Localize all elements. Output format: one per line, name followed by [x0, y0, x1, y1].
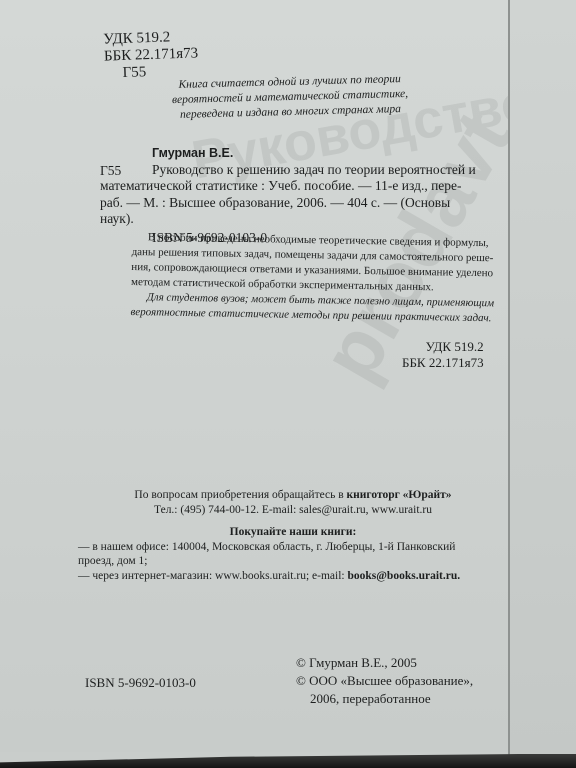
record-author: Гмурман В.Е. [100, 145, 508, 162]
cover-board [510, 0, 576, 768]
record-line: раб. — М. : Высшее образование, 2006. — … [100, 195, 508, 212]
copyright-line: 2006, переработанное [296, 690, 473, 708]
purchase-line: По вопросам приобретения обращайтесь в к… [78, 488, 508, 503]
udk-code: УДК 519.2 [402, 339, 484, 355]
isbn-bottom: ISBN 5-9692-0103-0 [85, 675, 196, 691]
promo-note: Книга считается одной из лучших по теори… [171, 72, 408, 123]
distributor-name: книготорг «Юрайт» [347, 489, 452, 501]
record-author-code: Г55 [100, 163, 121, 180]
bbk-code: ББК 22.171я73 [402, 355, 484, 371]
record-line: математической статистике : Учеб. пособи… [100, 178, 508, 195]
office-line: проезд, дом 1; [78, 554, 508, 569]
copyright-line: © ООО «Высшее образование», [296, 672, 473, 690]
bbk-code: ББК 22.171я73 [104, 45, 199, 65]
publisher-contacts: По вопросам приобретения обращайтесь в к… [78, 488, 508, 583]
copyright-block: © Гмурман В.Е., 2005 © ООО «Высшее образ… [296, 654, 473, 708]
bottom-shadow [0, 754, 576, 768]
classification-bottom: УДК 519.2 ББК 22.171я73 [402, 339, 484, 371]
office-line: — в нашем офисе: 140004, Московская обла… [78, 540, 508, 555]
online-line: — через интернет-магазин: www.books.urai… [78, 569, 508, 584]
copyright-line: © Гмурман В.Е., 2005 [296, 654, 473, 672]
phone-line: Тел.: (495) 744-00-12. E-mail: sales@ura… [78, 503, 508, 518]
record-line: Руководство к решению задач по теории ве… [100, 162, 508, 179]
abstract: В пособии приведены необходимые теоретич… [130, 230, 508, 327]
books-email: books@books.urait.ru. [347, 570, 460, 582]
record-line: наук). [100, 211, 508, 228]
book-page: Руководство prodavt УДК 519.2 ББК 22.171… [0, 0, 508, 752]
buy-heading: Покупайте наши книги: [78, 525, 508, 540]
classification-top: УДК 519.2 ББК 22.171я73 Г55 [103, 28, 199, 82]
